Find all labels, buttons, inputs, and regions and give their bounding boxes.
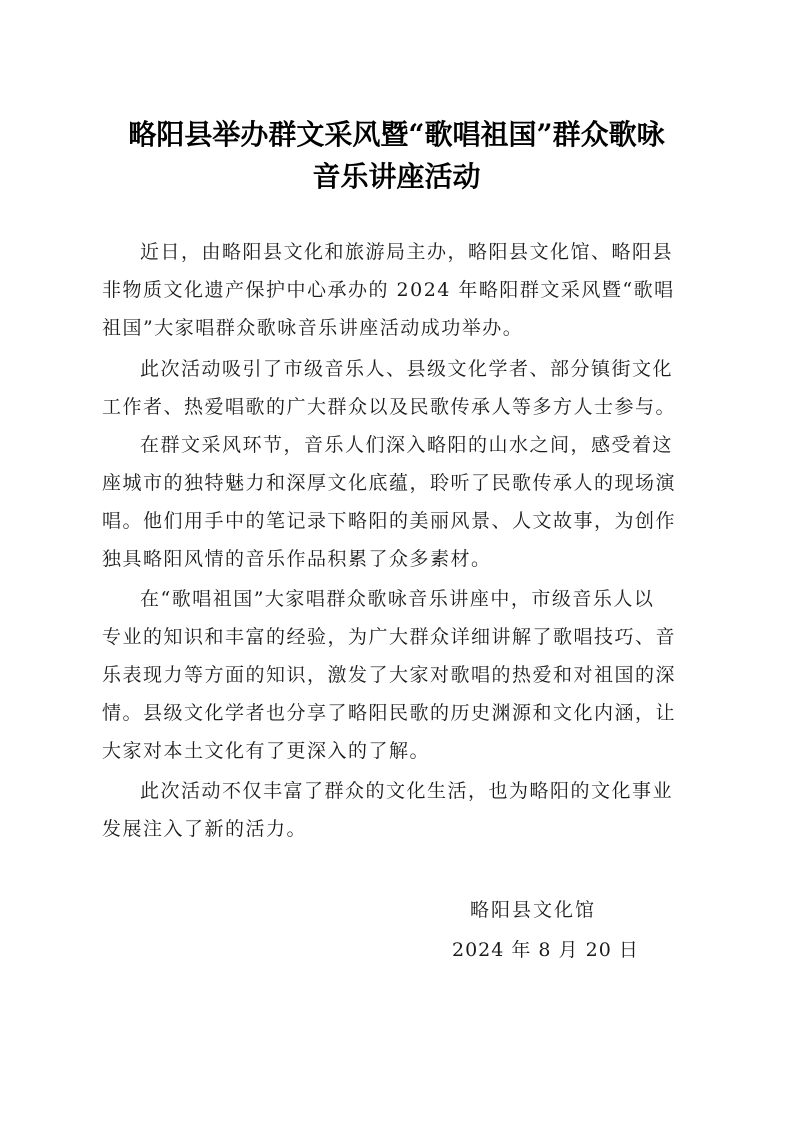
document-title-line-2: 音乐讲座活动 [80,156,713,198]
paragraph-4-line-3: 乐表现力等方面的知识，激发了大家对歌唱的热爱和对祖国的深 [102,663,702,687]
paragraph-5-line-1: 此次活动不仅丰富了群众的文化生活，也为略阳的文化事业 [140,779,702,803]
paragraph-4-line-4: 情。县级文化学者也分享了略阳民歌的历史渊源和文化内涵，让 [102,701,702,725]
paragraph-3-line-1: 在群文采风环节，音乐人们深入略阳的山水之间，感受着这 [140,433,702,457]
paragraph-2-line-2: 工作者、热爱唱歌的广大群众以及民歌传承人等多方人士参与。 [102,395,702,419]
paragraph-1-line-2: 非物质文化遗产保护中心承办的 2024 年略阳群文采风暨“歌唱 [102,278,702,302]
paragraph-5-line-2: 发展注入了新的活力。 [102,817,702,841]
paragraph-3-line-3: 唱。他们用手中的笔记录下略阳的美丽风景、人文故事，为创作 [102,509,702,533]
paragraph-4-line-5: 大家对本土文化有了更深入的了解。 [102,739,702,763]
paragraph-3-line-4: 独具略阳风情的音乐作品积累了众多素材。 [102,547,702,571]
document-page: 略阳县举办群文采风暨“歌唱祖国”群众歌咏 音乐讲座活动 近日，由略阳县文化和旅游… [0,0,793,1122]
signature-date: 2024 年 8 月 20 日 [452,938,639,962]
paragraph-2-line-1: 此次活动吸引了市级音乐人、县级文化学者、部分镇街文化 [140,357,702,381]
paragraph-4-line-2: 专业的知识和丰富的经验，为广大群众详细讲解了歌唱技巧、音 [102,625,702,649]
paragraph-1-line-1: 近日，由略阳县文化和旅游局主办，略阳县文化馆、略阳县 [140,240,702,264]
signature-organization: 略阳县文化馆 [470,898,596,922]
document-title-line-1: 略阳县举办群文采风暨“歌唱祖国”群众歌咏 [80,114,713,156]
paragraph-4-line-1: 在“歌唱祖国”大家唱群众歌咏音乐讲座中，市级音乐人以 [140,587,702,611]
paragraph-3-line-2: 座城市的独特魅力和深厚文化底蕴，聆听了民歌传承人的现场演 [102,471,702,495]
paragraph-1-line-3: 祖国”大家唱群众歌咏音乐讲座活动成功举办。 [102,316,702,340]
